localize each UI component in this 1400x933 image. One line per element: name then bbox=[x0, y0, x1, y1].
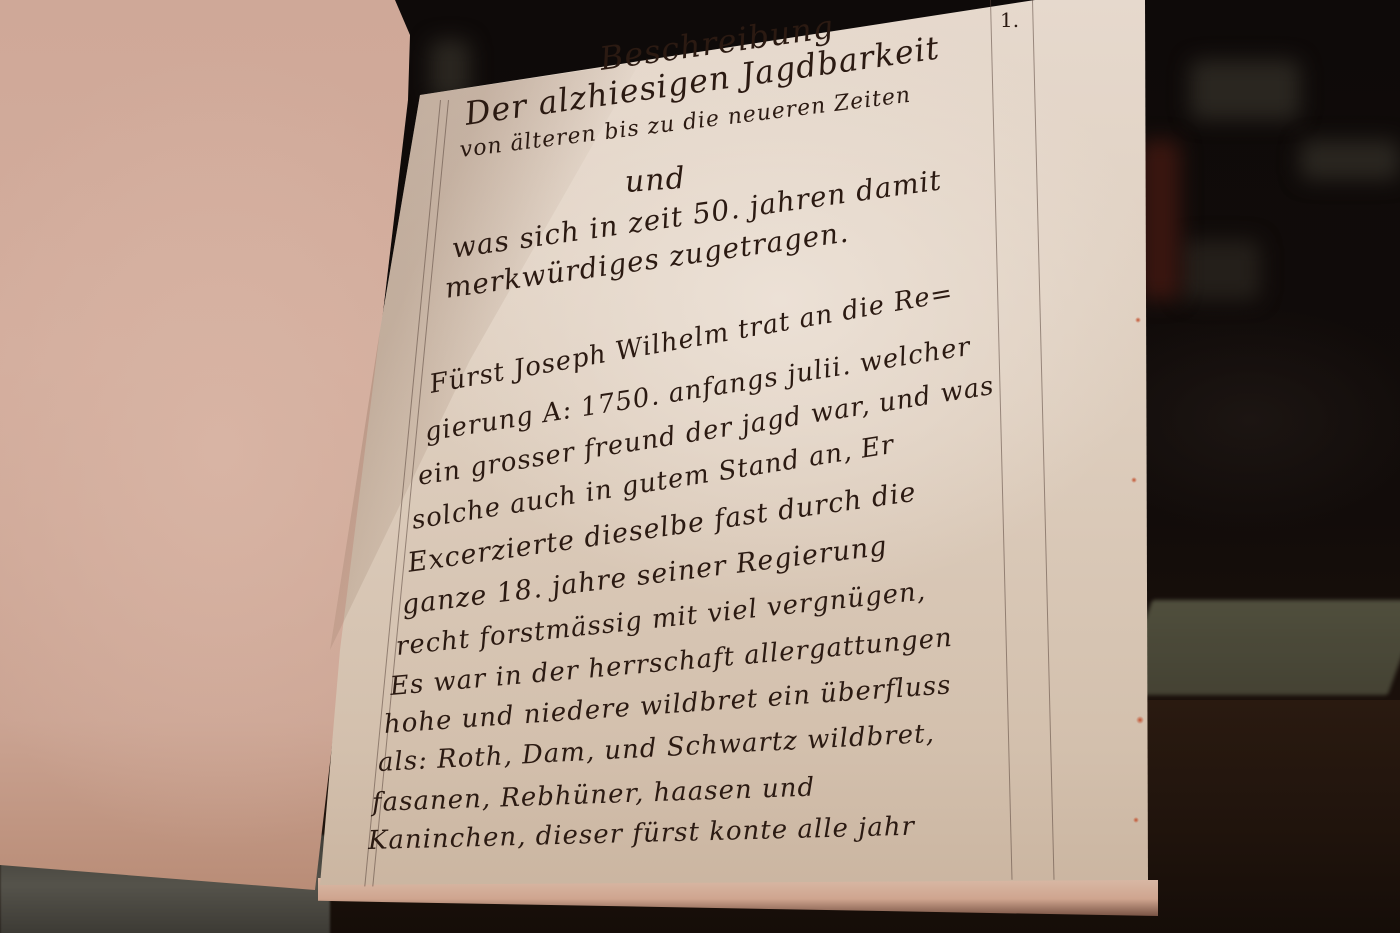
red-edge-specks bbox=[1128, 300, 1148, 850]
bookshelf-blur bbox=[1190, 60, 1300, 120]
page-number: 1. bbox=[1000, 8, 1019, 32]
bookshelf-blur bbox=[1300, 140, 1400, 180]
title-line: und bbox=[624, 161, 687, 200]
bookshelf-blur bbox=[1140, 140, 1180, 300]
manuscript-photo: 1. Beschreibung Der alzhiesigen Jagdbark… bbox=[0, 0, 1400, 933]
background-paper-sheet bbox=[1118, 600, 1400, 695]
bookshelf-blur bbox=[1180, 240, 1260, 300]
